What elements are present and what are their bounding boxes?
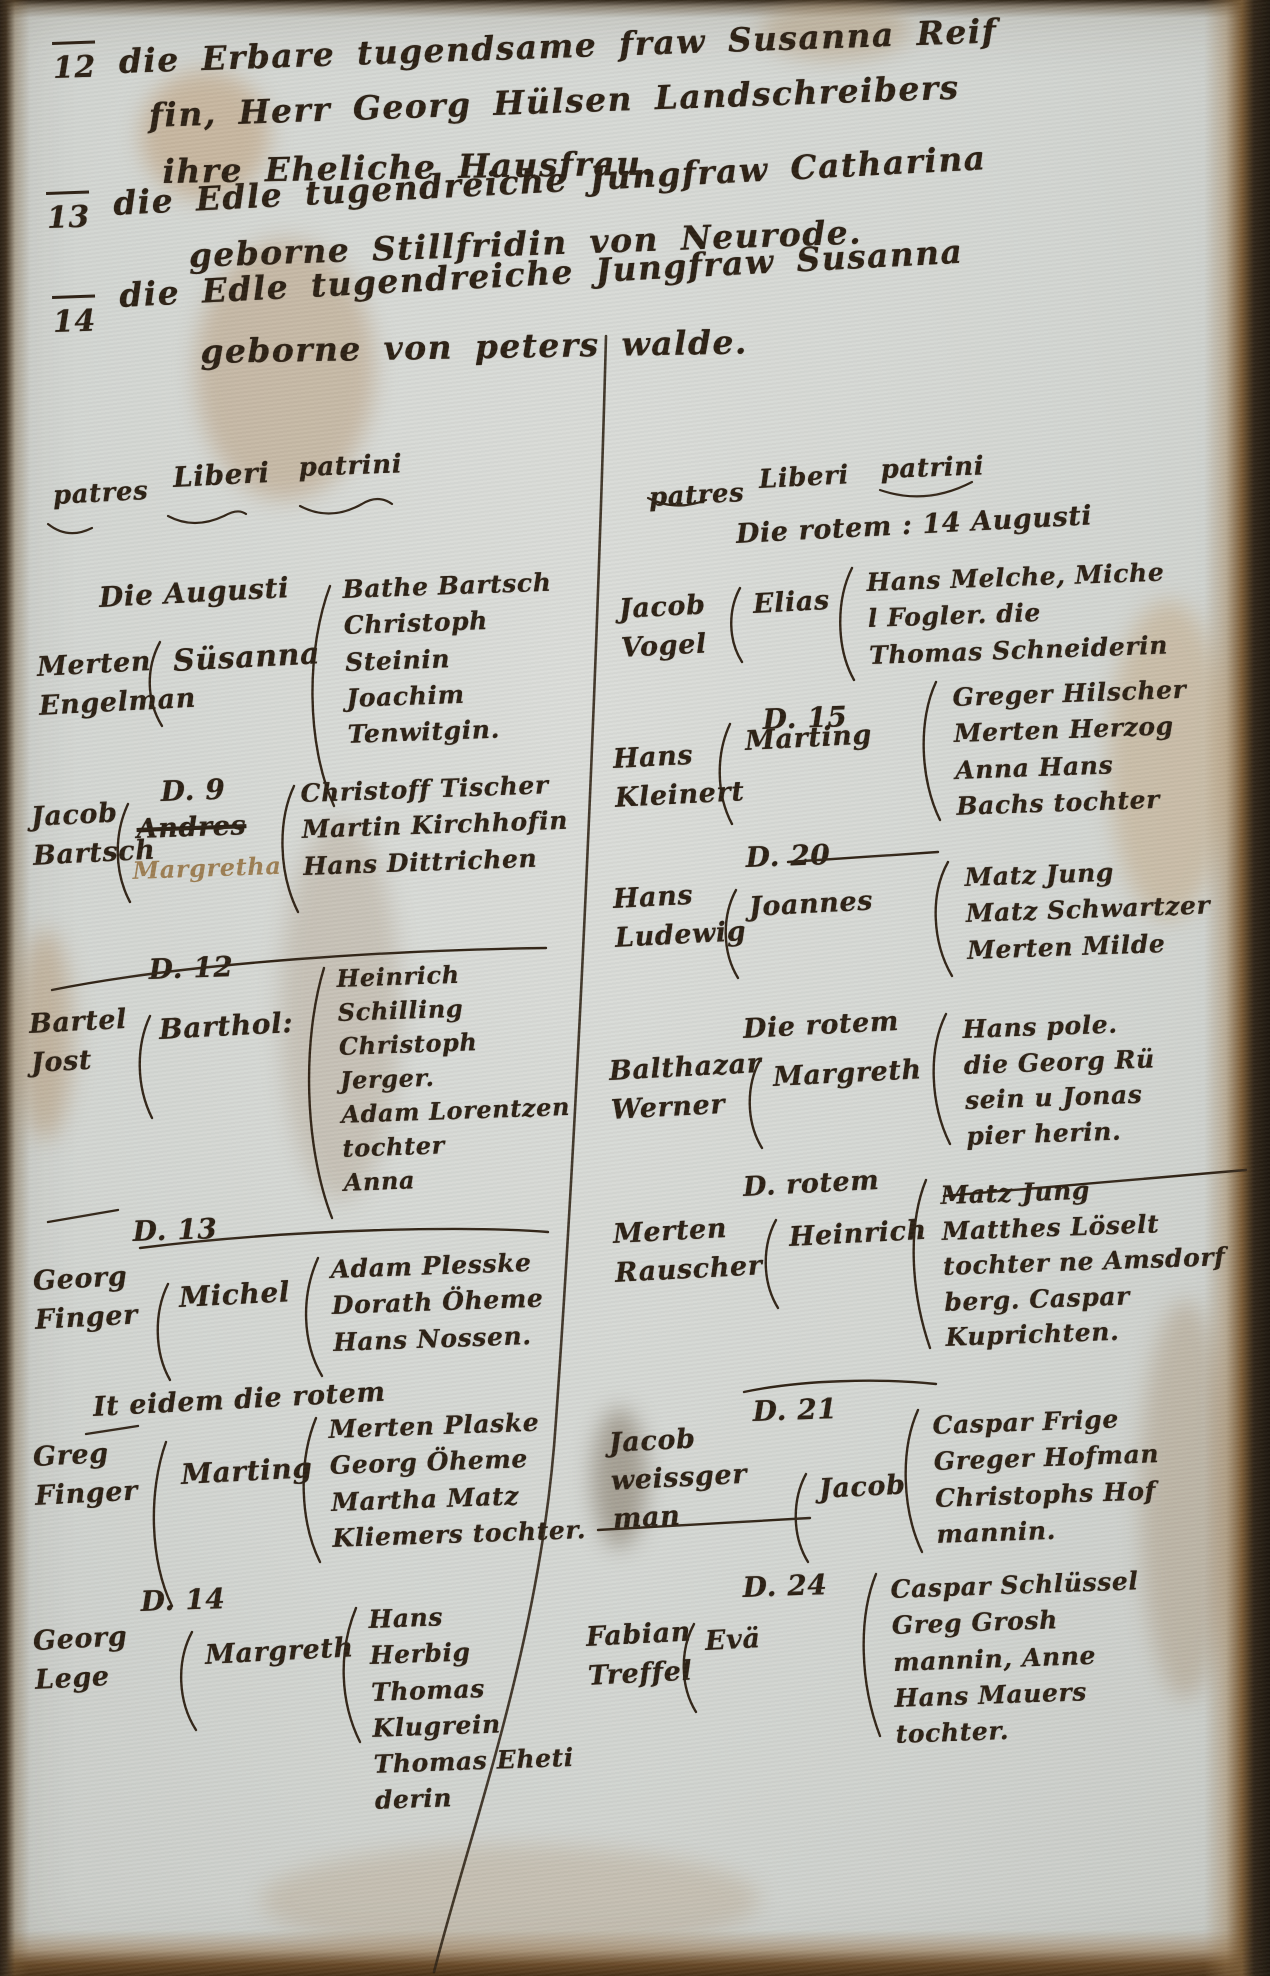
child-name: Michel — [178, 1272, 291, 1318]
patrini-list: Bathe Bartsch Christoph Steinin Joachim … — [342, 565, 557, 753]
father-name: Greg Finger — [32, 1433, 139, 1517]
patrini-list: Hans Melche, Miche l Fogler. die Thomas … — [866, 555, 1169, 674]
patrini-list: Heinrich Schilling Christoph Jerger. Ada… — [336, 954, 573, 1200]
child-name: Elias — [752, 581, 831, 624]
date-label: D. 13 — [132, 1209, 218, 1253]
date-label: Die Augusti — [98, 568, 290, 619]
date-label: D. 21 — [752, 1389, 838, 1433]
patrini-list: Matz Jung Matthes Löselt tochter ne Amsd… — [940, 1168, 1229, 1355]
margin-number: 12 — [52, 41, 97, 91]
father-name: Hans Ludewig — [612, 873, 747, 958]
date-label: D. rotem — [742, 1161, 880, 1207]
right-header-patres: patres — [648, 475, 745, 518]
father-name: Jacob weissger man — [608, 1418, 750, 1538]
child-name: Jacob — [818, 1465, 907, 1509]
date-label: D. 9 — [160, 770, 226, 813]
patrini-list: Hans Herbig Thomas Klugrein Thomas Eheti… — [368, 1595, 576, 1819]
father-name: Merten Rauscher — [612, 1207, 764, 1293]
margin-number: 14 — [52, 295, 97, 345]
father-name: Fabian Treffel — [585, 1613, 694, 1697]
child-name-corrected: Margretha — [132, 849, 282, 889]
patrini-list: Greger Hilscher Merten Herzog Anna Hans … — [952, 672, 1191, 825]
father-name: Balthazar Werner — [608, 1044, 765, 1130]
date-label: Die rotem — [742, 1002, 900, 1049]
child-name-struck: Andres — [136, 806, 247, 849]
child-name: Marting — [744, 715, 873, 761]
patrini-list: Christoff Tischer Martin Kirchhofin Hans… — [300, 767, 570, 885]
date-label: Die rotem : 14 Augusti — [735, 496, 1093, 554]
margin-number: 13 — [46, 191, 91, 241]
child-name: Margreth — [204, 1628, 355, 1675]
left-header-liberi: Liberi — [172, 453, 271, 499]
patrini-list: Caspar Frige Greger Hofman Christophs Ho… — [932, 1400, 1162, 1553]
child-name: Evä — [704, 1619, 762, 1661]
patrini-list: Adam Plesske Dorath Öheme Hans Nossen. — [330, 1245, 545, 1361]
entry-14-line: geborne von peters walde. — [200, 318, 748, 375]
father-name: Hans Kleinert — [612, 733, 745, 818]
father-name: Georg Finger — [32, 1257, 139, 1341]
date-label: D. 20 — [745, 835, 831, 879]
father-name: Georg Lege — [32, 1617, 130, 1700]
patrini-list: Matz Jung Matz Schwartzer Merten Milde — [964, 851, 1212, 968]
child-name: Joannes — [748, 882, 874, 928]
left-header-patres: patres — [52, 473, 149, 516]
child-name: Süsanna — [172, 632, 321, 683]
patrini-list: Hans pole. die Georg Rü sein u Jonas pie… — [962, 1005, 1158, 1154]
date-label: D. 14 — [140, 1579, 226, 1623]
paper-stain — [260, 1845, 760, 1955]
right-header-patrini: patrini — [880, 448, 985, 489]
child-name: Heinrich — [788, 1211, 928, 1257]
child-name: Barthol: — [158, 1003, 294, 1051]
date-label: D. 24 — [742, 1565, 828, 1609]
father-name: Bartel Jost — [28, 1000, 130, 1083]
child-name: Margreth — [772, 1050, 923, 1097]
manuscript-page: 12 die Erbare tugendsame fraw Susanna Re… — [0, 0, 1270, 1976]
father-name: Jacob Vogel — [618, 585, 709, 668]
right-header-liberi: Liberi — [758, 457, 850, 499]
date-label: D. 12 — [148, 947, 234, 991]
patrini-list: Merten Plaske Georg Öheme Martha Matz Kl… — [328, 1403, 587, 1557]
left-header-patrini: patrini — [298, 446, 403, 487]
patrini-list: Caspar Schlüssel Greg Grosh mannin, Anne… — [890, 1563, 1144, 1753]
child-name: Marting — [180, 1448, 314, 1495]
